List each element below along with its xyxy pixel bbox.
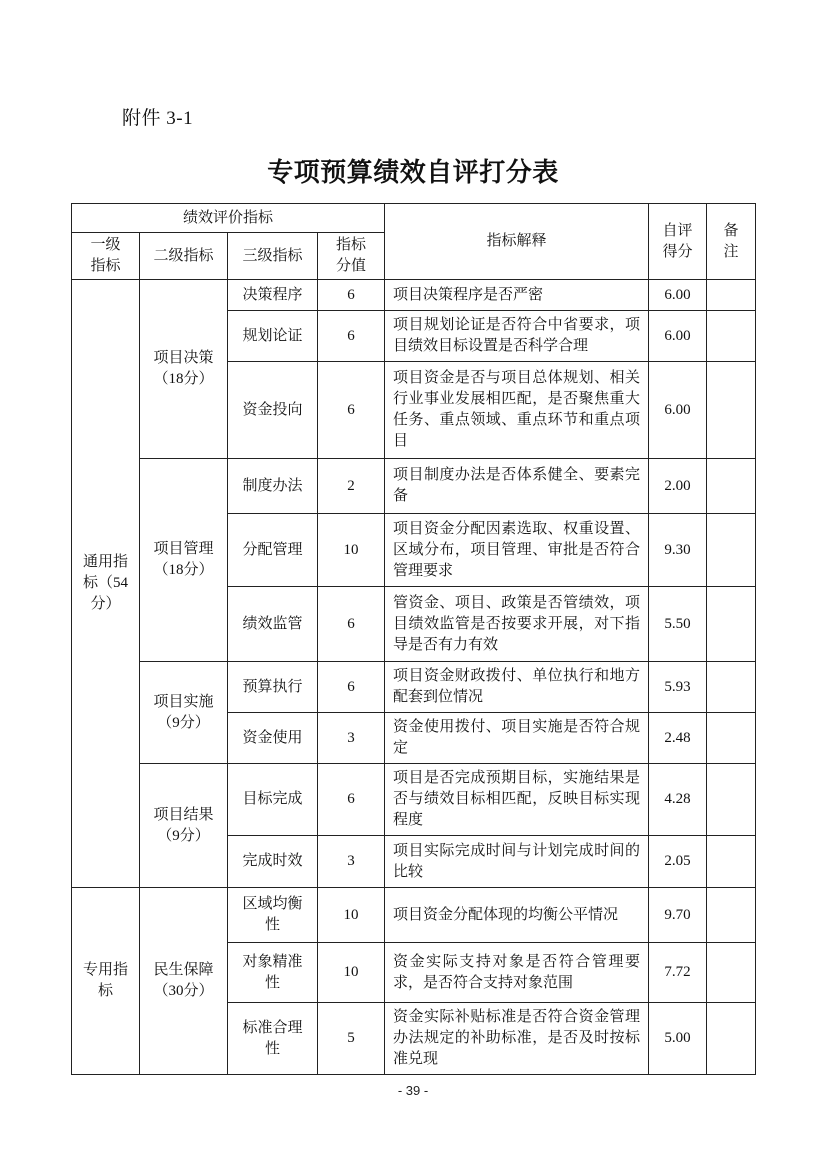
points-cell: 6 <box>318 587 385 662</box>
level3-cell: 对象精准性 <box>228 943 318 1003</box>
level3-cell: 标准合理性 <box>228 1003 318 1075</box>
explanation-cell: 项目制度办法是否体系健全、要素完备 <box>385 459 649 514</box>
score-cell: 9.30 <box>649 514 707 587</box>
header-self-score: 自评 得分 <box>649 204 707 280</box>
level3-cell: 决策程序 <box>228 280 318 311</box>
header-remarks: 备 注 <box>707 204 756 280</box>
score-cell: 6.00 <box>649 280 707 311</box>
points-cell: 5 <box>318 1003 385 1075</box>
header-level2: 二级指标 <box>140 233 228 280</box>
points-cell: 6 <box>318 280 385 311</box>
remark-cell <box>707 662 756 713</box>
remark-cell <box>707 764 756 836</box>
level3-cell: 规划论证 <box>228 311 318 362</box>
level2-cell: 项目结果（9分） <box>140 764 228 888</box>
points-cell: 3 <box>318 713 385 764</box>
points-cell: 6 <box>318 362 385 459</box>
level3-cell: 资金使用 <box>228 713 318 764</box>
level3-cell: 目标完成 <box>228 764 318 836</box>
points-cell: 10 <box>318 514 385 587</box>
table-row: 专用指标 民生保障（30分） 区域均衡性 10 项目资金分配体现的均衡公平情况 … <box>72 888 756 943</box>
score-cell: 6.00 <box>649 311 707 362</box>
page-title: 专项预算绩效自评打分表 <box>0 152 826 189</box>
points-cell: 10 <box>318 943 385 1003</box>
level2-cell: 项目决策（18分） <box>140 280 228 459</box>
remark-cell <box>707 713 756 764</box>
remark-cell <box>707 311 756 362</box>
score-table: 绩效评价指标 指标解释 自评 得分 备 注 一级 指标 二级指标 三级指标 指标… <box>71 203 756 1075</box>
explanation-cell: 项目资金是否与项目总体规划、相关行业事业发展相匹配，是否聚焦重大任务、重点领域、… <box>385 362 649 459</box>
level3-cell: 分配管理 <box>228 514 318 587</box>
level3-cell: 区域均衡性 <box>228 888 318 943</box>
remark-cell <box>707 888 756 943</box>
document-page: 附件 3-1 专项预算绩效自评打分表 绩效评价指标 指标解释 自评 得分 备 注… <box>0 0 826 1169</box>
score-cell: 5.93 <box>649 662 707 713</box>
header-level1: 一级 指标 <box>72 233 140 280</box>
points-cell: 6 <box>318 311 385 362</box>
level3-cell: 绩效监管 <box>228 587 318 662</box>
points-cell: 6 <box>318 764 385 836</box>
level2-cell: 民生保障（30分） <box>140 888 228 1075</box>
score-cell: 7.72 <box>649 943 707 1003</box>
table-row: 项目结果（9分） 目标完成 6 项目是否完成预期目标，实施结果是否与绩效目标相匹… <box>72 764 756 836</box>
attachment-label: 附件 3-1 <box>122 103 193 130</box>
score-cell: 9.70 <box>649 888 707 943</box>
header-points: 指标 分值 <box>318 233 385 280</box>
remark-cell <box>707 280 756 311</box>
level2-cell: 项目实施（9分） <box>140 662 228 764</box>
header-explanation: 指标解释 <box>385 204 649 280</box>
level1-cell: 专用指标 <box>72 888 140 1075</box>
points-cell: 3 <box>318 836 385 888</box>
level3-cell: 资金投向 <box>228 362 318 459</box>
explanation-cell: 资金使用拨付、项目实施是否符合规定 <box>385 713 649 764</box>
explanation-cell: 项目规划论证是否符合中省要求，项目绩效目标设置是否科学合理 <box>385 311 649 362</box>
header-level3: 三级指标 <box>228 233 318 280</box>
score-cell: 2.05 <box>649 836 707 888</box>
explanation-cell: 管资金、项目、政策是否管绩效，项目绩效监管是否按要求开展，对下指导是否有力有效 <box>385 587 649 662</box>
score-cell: 6.00 <box>649 362 707 459</box>
level3-cell: 制度办法 <box>228 459 318 514</box>
explanation-cell: 项目资金分配体现的均衡公平情况 <box>385 888 649 943</box>
explanation-cell: 项目决策程序是否严密 <box>385 280 649 311</box>
remark-cell <box>707 943 756 1003</box>
points-cell: 6 <box>318 662 385 713</box>
page-number: - 39 - <box>0 1083 826 1098</box>
explanation-cell: 项目是否完成预期目标，实施结果是否与绩效目标相匹配，反映目标实现程度 <box>385 764 649 836</box>
explanation-cell: 项目资金分配因素选取、权重设置、区域分布，项目管理、审批是否符合管理要求 <box>385 514 649 587</box>
level3-cell: 完成时效 <box>228 836 318 888</box>
explanation-cell: 资金实际补贴标准是否符合资金管理办法规定的补助标准，是否及时按标准兑现 <box>385 1003 649 1075</box>
remark-cell <box>707 459 756 514</box>
level2-cell: 项目管理（18分） <box>140 459 228 662</box>
remark-cell <box>707 1003 756 1075</box>
remark-cell <box>707 362 756 459</box>
table-row: 通用指标（54分） 项目决策（18分） 决策程序 6 项目决策程序是否严密 6.… <box>72 280 756 311</box>
points-cell: 10 <box>318 888 385 943</box>
header-performance-indicators: 绩效评价指标 <box>72 204 385 233</box>
points-cell: 2 <box>318 459 385 514</box>
table-row: 项目管理（18分） 制度办法 2 项目制度办法是否体系健全、要素完备 2.00 <box>72 459 756 514</box>
remark-cell <box>707 836 756 888</box>
remark-cell <box>707 514 756 587</box>
level1-cell: 通用指标（54分） <box>72 280 140 888</box>
score-cell: 4.28 <box>649 764 707 836</box>
explanation-cell: 项目资金财政拨付、单位执行和地方配套到位情况 <box>385 662 649 713</box>
score-cell: 5.50 <box>649 587 707 662</box>
explanation-cell: 资金实际支持对象是否符合管理要求，是否符合支持对象范围 <box>385 943 649 1003</box>
table-header-row-1: 绩效评价指标 指标解释 自评 得分 备 注 <box>72 204 756 233</box>
remark-cell <box>707 587 756 662</box>
table-row: 项目实施（9分） 预算执行 6 项目资金财政拨付、单位执行和地方配套到位情况 5… <box>72 662 756 713</box>
level3-cell: 预算执行 <box>228 662 318 713</box>
score-cell: 5.00 <box>649 1003 707 1075</box>
explanation-cell: 项目实际完成时间与计划完成时间的比较 <box>385 836 649 888</box>
score-cell: 2.48 <box>649 713 707 764</box>
score-cell: 2.00 <box>649 459 707 514</box>
